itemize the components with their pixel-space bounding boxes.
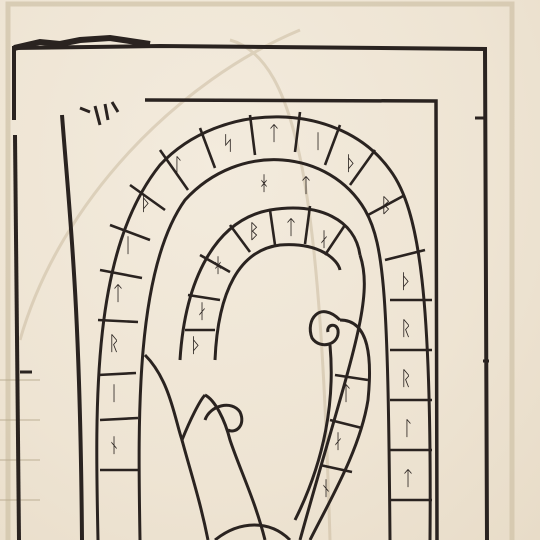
svg-text:ᛚ: ᛚ (172, 153, 184, 177)
svg-text:ᛏ: ᛏ (402, 466, 414, 490)
runestone-drawing: ᚾᛁᚱ ᛏᛁᚦ ᛚᛋᛏ ᛁᚦᛒ ᚦᚱᚱ ᛚᛏ ᚦᛅᚼ ᛒᛏᛅ ᛏᛅᚾ ᚼᛏ (0, 0, 540, 540)
svg-text:ᛁ: ᛁ (108, 381, 120, 405)
outer-frame (14, 38, 489, 540)
svg-text:ᚦ: ᚦ (190, 333, 202, 357)
svg-text:ᚦ: ᚦ (345, 151, 357, 175)
svg-text:ᚾ: ᚾ (108, 433, 120, 457)
svg-text:ᛅ: ᛅ (196, 299, 208, 323)
faint-stone-outline (20, 30, 330, 540)
svg-text:ᚼ: ᚼ (212, 253, 224, 277)
svg-text:ᚦ: ᚦ (140, 191, 152, 215)
svg-text:ᛁ: ᛁ (122, 233, 134, 257)
svg-text:ᚼ: ᚼ (258, 171, 270, 195)
svg-text:ᚾ: ᚾ (320, 476, 332, 500)
svg-text:ᛏ: ᛏ (340, 381, 352, 405)
svg-text:ᛚ: ᛚ (402, 416, 414, 440)
svg-text:ᛅ: ᛅ (318, 227, 330, 251)
svg-text:ᛁ: ᛁ (312, 129, 324, 153)
svg-text:ᛏ: ᛏ (112, 281, 124, 305)
svg-text:ᚱ: ᚱ (400, 316, 412, 340)
svg-text:ᛅ: ᛅ (332, 429, 344, 453)
central-leaf (145, 355, 290, 540)
svg-text:ᛋ: ᛋ (222, 131, 234, 155)
svg-text:ᛒ: ᛒ (248, 219, 260, 243)
rune-glyphs: ᚾᛁᚱ ᛏᛁᚦ ᛚᛋᛏ ᛁᚦᛒ ᚦᚱᚱ ᛚᛏ ᚦᛅᚼ ᛒᛏᛅ ᛏᛅᚾ ᚼᛏ (108, 121, 414, 500)
runestone-illustration: Printed illustration of a carved runesto… (0, 0, 540, 540)
svg-text:ᚱ: ᚱ (108, 331, 120, 355)
svg-text:ᛒ: ᛒ (380, 193, 392, 217)
svg-text:ᛏ: ᛏ (285, 215, 297, 239)
svg-text:ᛏ: ᛏ (268, 121, 280, 145)
inner-frame (20, 100, 437, 540)
svg-text:ᚦ: ᚦ (400, 269, 412, 293)
svg-text:ᚱ: ᚱ (400, 366, 412, 390)
svg-text:ᛏ: ᛏ (300, 173, 312, 197)
